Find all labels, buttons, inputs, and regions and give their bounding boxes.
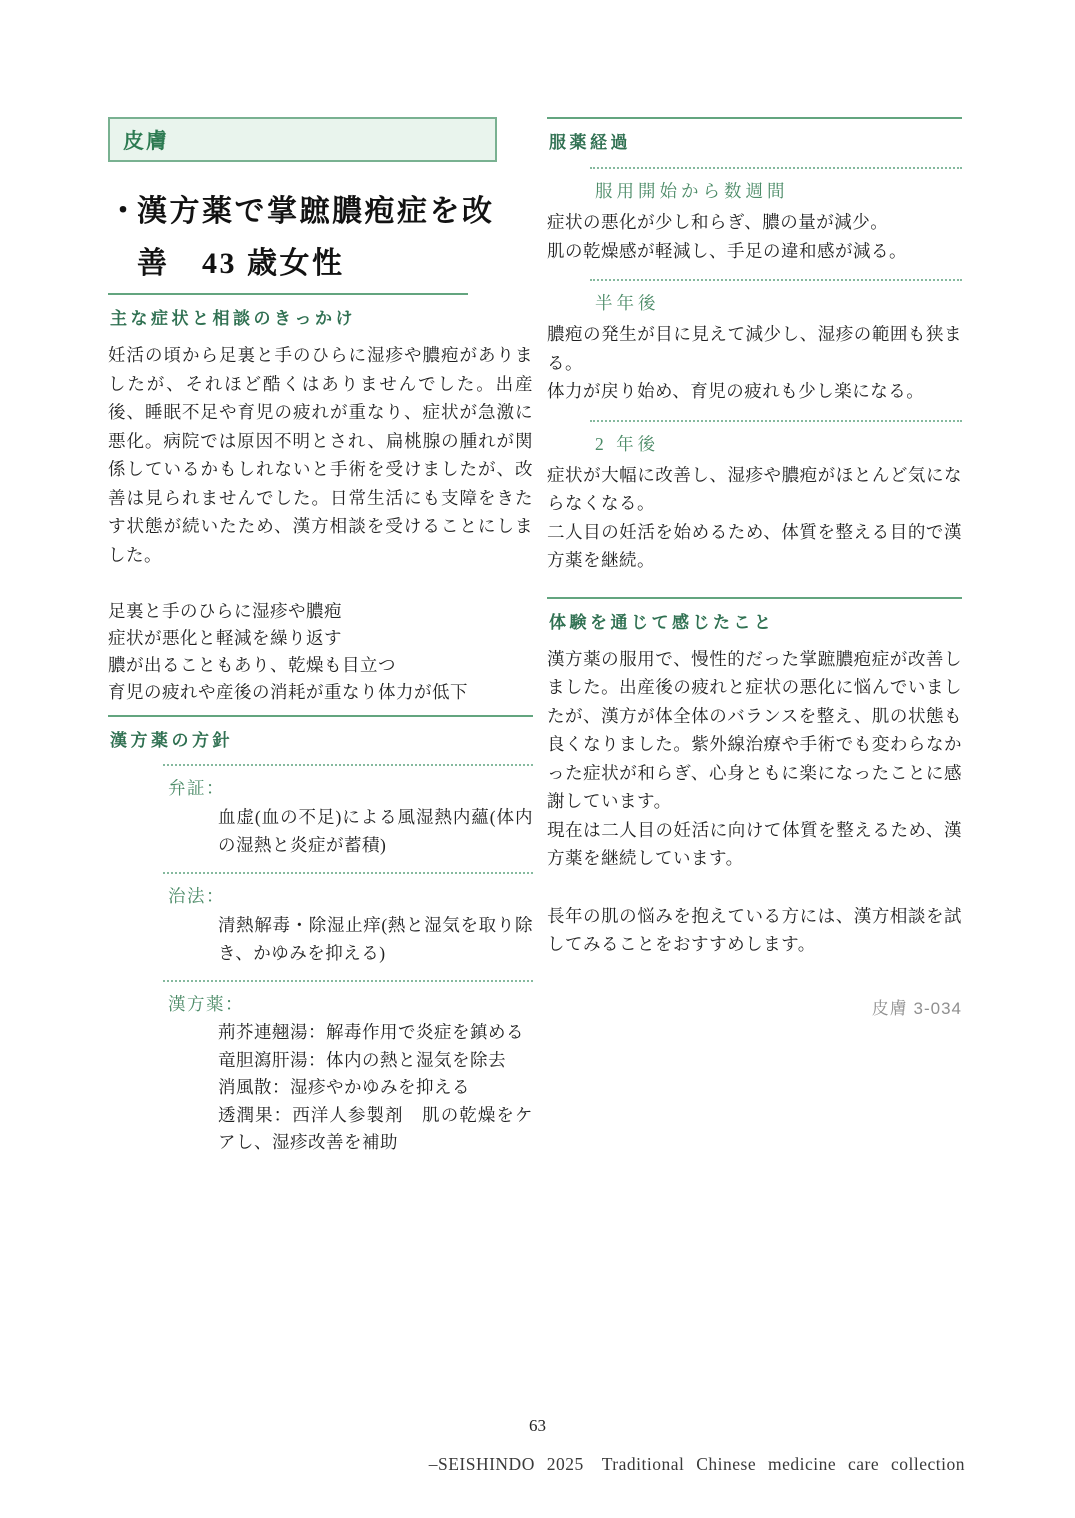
category-badge-label: 皮膚 [123,125,169,155]
policy-label: 漢方薬： [168,991,533,1016]
policy-block-chihou: 治法： 清熱解毒・除湿止痒(熱と湿気を取り除き、かゆみを抑える) [108,872,533,967]
stage-note-line: 膿疱の発生が目に見えて減少し、湿疹の範囲も狭まる。 [547,320,962,377]
stage-label: 2 年後 [595,431,962,456]
herb-list-item: 透潤果：西洋人参製剤 肌の乾燥をケアし、湿疹改善を補助 [218,1102,533,1157]
dotted-divider [163,980,533,982]
category-badge: 皮膚 [108,117,497,162]
dotted-divider [163,764,533,766]
case-title-line-1: 漢方薬で掌蹠膿疱症を改 [137,186,533,238]
stage-notes: 症状の悪化が少し和らぎ、膿の量が減少。 肌の乾燥感が軽減し、手足の違和感が減る。 [547,208,962,265]
herb-list-item: 荊芥連翹湯：解毒作用で炎症を鎮める [218,1019,533,1047]
stage-block-half-year: 半年後 膿疱の発生が目に見えて減少し、湿疹の範囲も狭まる。 体力が戻り始め、育児… [547,279,962,406]
stage-note-line: 体力が戻り始め、育児の疲れも少し楽になる。 [547,377,962,406]
policy-label: 弁証： [168,775,533,800]
dotted-divider [590,279,962,281]
reflection-paragraph: 現在は二人目の妊活に向けて体質を整えるため、漢方薬を継続しています。 [547,816,962,873]
section-divider [108,293,468,295]
symptom-list-item: 育児の疲れや産後の消耗が重なり体力が低下 [108,679,533,706]
section-heading-policy: 漢方薬の方針 [110,726,533,751]
reflection-body: 漢方薬の服用で、慢性的だった掌蹠膿疱症が改善しました。出産後の疲れと症状の悪化に… [547,645,962,959]
title-bullet: ・ [108,186,141,238]
stage-note-line: 二人目の妊活を始めるため、体質を整える目的で漢方薬を継続。 [547,518,962,575]
symptom-list-item: 足裏と手のひらに湿疹や膿疱 [108,598,533,625]
stage-label: 服用開始から数週間 [595,178,962,203]
policy-block-benshou: 弁証： 血虚(血の不足)による風湿熱内蘊(体内の湿熱と炎症が蓄積) [108,764,533,859]
case-title-line-2: 善 43 歳女性 [137,238,533,290]
right-column: 服薬経過 服用開始から数週間 症状の悪化が少し和らぎ、膿の量が減少。 肌の乾燥感… [547,117,962,1019]
policy-label: 治法： [168,883,533,908]
policy-block-kampoyaku: 漢方薬： 荊芥連翹湯：解毒作用で炎症を鎮める 竜胆瀉肝湯：体内の熱と湿気を除去 … [108,980,533,1157]
dotted-divider [590,167,962,169]
stage-note-line: 症状が大幅に改善し、湿疹や膿疱がほとんど気にならなくなる。 [547,461,962,518]
stage-block-weeks: 服用開始から数週間 症状の悪化が少し和らぎ、膿の量が減少。 肌の乾燥感が軽減し、… [547,167,962,265]
stage-notes: 症状が大幅に改善し、湿疹や膿疱がほとんど気にならなくなる。 二人目の妊活を始める… [547,461,962,575]
left-column: 皮膚 ・ 漢方薬で掌蹠膿疱症を改 善 43 歳女性 主な症状と相談のきっかけ 妊… [108,117,533,1157]
herb-list-item: 竜胆瀉肝湯：体内の熱と湿気を除去 [218,1047,533,1075]
policy-text: 清熱解毒・除湿止痒(熱と湿気を取り除き、かゆみを抑える) [218,911,533,967]
dotted-divider [590,420,962,422]
herb-list-item: 消風散：湿疹やかゆみを抑える [218,1074,533,1102]
symptom-list-item: 症状が悪化と軽減を繰り返す [108,625,533,652]
section-heading-progress: 服薬経過 [549,128,962,153]
page-number: 63 [0,1416,1075,1436]
reflection-paragraph: 長年の肌の悩みを抱えている方には、漢方相談を試してみることをおすすめします。 [547,902,962,959]
stage-label: 半年後 [595,290,962,315]
section-heading-reflection: 体験を通じて感じたこと [549,608,962,633]
herb-list: 荊芥連翹湯：解毒作用で炎症を鎮める 竜胆瀉肝湯：体内の熱と湿気を除去 消風散：湿… [218,1019,533,1157]
dotted-divider [163,872,533,874]
imprint-line: –SEISHINDO 2025 Traditional Chinese medi… [429,1451,965,1476]
section-divider [547,117,962,119]
stage-notes: 膿疱の発生が目に見えて減少し、湿疹の範囲も狭まる。 体力が戻り始め、育児の疲れも… [547,320,962,406]
section-divider [108,715,533,717]
symptom-list: 足裏と手のひらに湿疹や膿疱 症状が悪化と軽減を繰り返す 膿が出ることもあり、乾燥… [108,598,533,706]
section-divider [547,597,962,599]
stage-block-two-years: 2 年後 症状が大幅に改善し、湿疹や膿疱がほとんど気にならなくなる。 二人目の妊… [547,420,962,575]
stage-note-line: 症状の悪化が少し和らぎ、膿の量が減少。 [547,208,962,237]
reference-code: 皮膚 3-034 [547,994,962,1019]
symptoms-paragraph: 妊活の頃から足裏と手のひらに湿疹や膿疱がありましたが、それほど酷くはありませんで… [108,341,533,569]
stage-note-line: 肌の乾燥感が軽減し、手足の違和感が減る。 [547,237,962,266]
case-title: ・ 漢方薬で掌蹠膿疱症を改 善 43 歳女性 [108,186,533,290]
section-heading-symptoms: 主な症状と相談のきっかけ [110,304,533,329]
document-page: 皮膚 ・ 漢方薬で掌蹠膿疱症を改 善 43 歳女性 主な症状と相談のきっかけ 妊… [0,0,1075,1518]
reflection-paragraph: 漢方薬の服用で、慢性的だった掌蹠膿疱症が改善しました。出産後の疲れと症状の悪化に… [547,645,962,816]
policy-text: 血虚(血の不足)による風湿熱内蘊(体内の湿熱と炎症が蓄積) [218,803,533,859]
symptom-list-item: 膿が出ることもあり、乾燥も目立つ [108,652,533,679]
